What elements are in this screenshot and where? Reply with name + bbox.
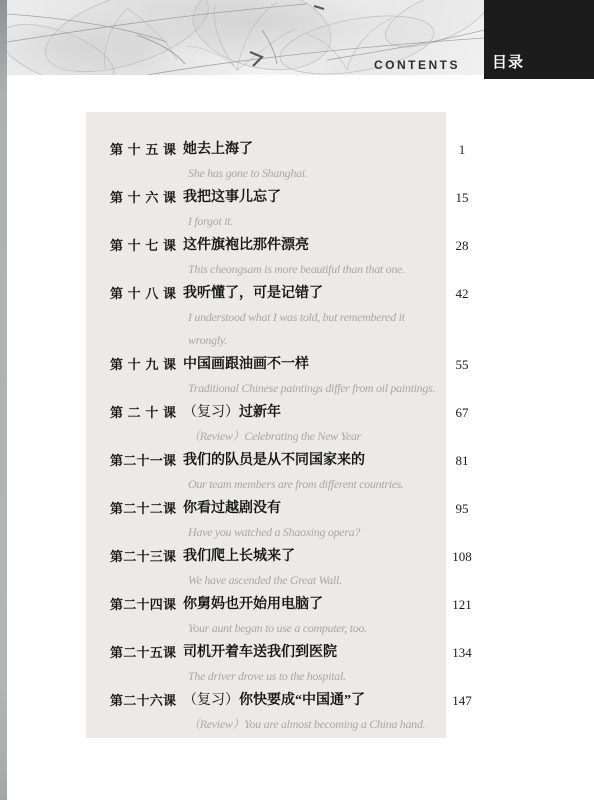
english-translation-line: The driver drove us to the hospital. [188,665,446,688]
english-translation-line: We have ascended the Great Wall. [188,569,446,592]
lesson-number: 第二十三课 [110,545,176,569]
lesson-number: 第十七课 [110,234,176,258]
header-banner: CONTENTS [7,0,484,75]
page-number: 28 [444,234,480,258]
english-translation-line: Your aunt began to use a computer, too. [188,617,446,640]
english-translation-line: wrongly. [188,329,446,352]
toc-page: CONTENTS 目录 第十五课 她去上海了 She has gone to S… [0,0,594,800]
english-translation-line: I understood what I was told, but rememb… [188,306,446,329]
lesson-english: She has gone to Shanghai. [188,162,446,185]
page-number: 147 [444,689,480,713]
lesson-title: 我们的队员是从不同国家来的 [183,453,365,468]
english-translation-line: She has gone to Shanghai. [188,162,446,185]
lesson-title-line: 你看过越剧没有 [183,497,446,521]
toc-list: 第十五课 她去上海了 She has gone to Shanghai. 1 第… [86,112,446,738]
lesson-english: We have ascended the Great Wall. [188,569,446,592]
lesson-title: 司机开着车送我们到医院 [183,645,337,660]
page-number: 55 [444,353,480,377]
lesson-title-line: 司机开着车送我们到医院 [183,641,446,665]
lesson-title-prefix: （复习） [183,693,239,708]
lesson-english: This cheongsam is more beautiful than th… [188,258,446,281]
lesson-english: I understood what I was told, but rememb… [188,306,446,352]
lesson-title-line: 她去上海了 [183,138,446,162]
lesson-english: Have you watched a Shaoxing opera? [188,521,446,544]
toc-row: 第二十三课 我们爬上长城来了 We have ascended the Grea… [86,545,446,592]
page-number: 108 [444,545,480,569]
toc-row: 第十九课 中国画跟油画不一样 Traditional Chinese paint… [86,353,446,400]
toc-row: 第十七课 这件旗袍比那件漂亮 This cheongsam is more be… [86,234,446,281]
english-translation-line: Our team members are from different coun… [188,473,446,496]
lesson-title: 过新年 [239,405,281,420]
lesson-title: 我把这事儿忘了 [183,190,281,205]
lesson-number: 第十八课 [110,282,176,306]
lesson-english: Your aunt began to use a computer, too. [188,617,446,640]
lesson-title-line: （复习）过新年 [183,401,446,425]
page-number: 121 [444,593,480,617]
english-translation-line: This cheongsam is more beautiful than th… [188,258,446,281]
toc-row: 第二十一课 我们的队员是从不同国家来的 Our team members are… [86,449,446,496]
page-number: 42 [444,282,480,306]
lesson-title-line: 你舅妈也开始用电脑了 [183,593,446,617]
page-number: 15 [444,186,480,210]
english-translation-line: （Review）Celebrating the New Year [188,425,446,448]
lesson-title: 中国画跟油画不一样 [183,357,309,372]
lesson-title: 她去上海了 [183,142,253,157]
lesson-english: Our team members are from different coun… [188,473,446,496]
page-number: 134 [444,641,480,665]
toc-row: 第十六课 我把这事儿忘了 I forgot it. 15 [86,186,446,233]
lesson-number: 第十六课 [110,186,176,210]
lesson-english: （Review）You are almost becoming a China … [188,713,446,736]
contents-label: CONTENTS [374,58,460,72]
english-translation-line: （Review）You are almost becoming a China … [188,713,446,736]
lesson-title-prefix: （复习） [183,405,239,420]
toc-row: 第二十六课 （复习）你快要成“中国通”了 （Review）You are alm… [86,689,446,736]
lesson-title-line: （复习）你快要成“中国通”了 [183,689,446,713]
toc-row: 第二十课 （复习）过新年 （Review）Celebrating the New… [86,401,446,448]
lesson-english: I forgot it. [188,210,446,233]
english-translation-line: Traditional Chinese paintings differ fro… [188,377,446,400]
page-spine [0,0,7,800]
lesson-english: （Review）Celebrating the New Year [188,425,446,448]
lesson-title-line: 这件旗袍比那件漂亮 [183,234,446,258]
english-translation-line: I forgot it. [188,210,446,233]
toc-row: 第二十四课 你舅妈也开始用电脑了 Your aunt began to use … [86,593,446,640]
lesson-number: 第二十一课 [110,449,176,473]
page-number: 95 [444,497,480,521]
page-title: 目录 [492,51,524,72]
lesson-number: 第十九课 [110,353,176,377]
lesson-title: 你看过越剧没有 [183,501,281,516]
page-number: 67 [444,401,480,425]
lesson-title-line: 我听懂了，可是记错了 [183,282,446,306]
lesson-title: 你舅妈也开始用电脑了 [183,597,323,612]
lesson-number: 第十五课 [110,138,176,162]
toc-row: 第十五课 她去上海了 She has gone to Shanghai. 1 [86,138,446,185]
title-tab: 目录 [484,0,594,79]
lesson-title-line: 我们爬上长城来了 [183,545,446,569]
lesson-title-line: 我把这事儿忘了 [183,186,446,210]
lesson-title-line: 我们的队员是从不同国家来的 [183,449,446,473]
lesson-title: 我听懂了，可是记错了 [183,286,323,301]
english-translation-line: Have you watched a Shaoxing opera? [188,521,446,544]
lesson-english: Traditional Chinese paintings differ fro… [188,377,446,400]
lesson-number: 第二十四课 [110,593,176,617]
toc-row: 第二十五课 司机开着车送我们到医院 The driver drove us to… [86,641,446,688]
lesson-title-line: 中国画跟油画不一样 [183,353,446,377]
page-number: 1 [444,138,480,162]
lesson-number: 第二十二课 [110,497,176,521]
lesson-title: 这件旗袍比那件漂亮 [183,238,309,253]
lesson-english: The driver drove us to the hospital. [188,665,446,688]
lesson-number: 第二十五课 [110,641,176,665]
toc-row: 第二十二课 你看过越剧没有 Have you watched a Shaoxin… [86,497,446,544]
toc-row: 第十八课 我听懂了，可是记错了 I understood what I was … [86,282,446,352]
lesson-title: 我们爬上长城来了 [183,549,295,564]
lesson-number: 第二十六课 [110,689,176,713]
lesson-title: 你快要成“中国通”了 [239,693,365,708]
lesson-number: 第二十课 [110,401,176,425]
page-number: 81 [444,449,480,473]
